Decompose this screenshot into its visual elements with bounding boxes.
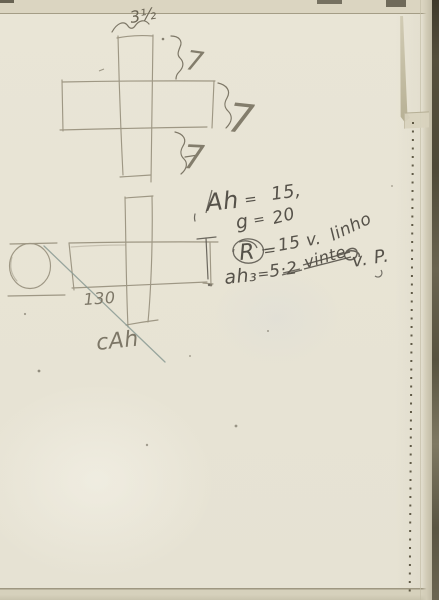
cross1-vbar-top: [117, 36, 153, 38]
cross2-vbar-top: [125, 196, 153, 198]
cross2-vbar-bottom: [126, 320, 158, 325]
pencil-sketch-layer: 3½ 7 7 7 130 cAh Ah: [0, 0, 439, 600]
cross1-vbar-left: [118, 36, 123, 175]
note4-lhs: ah₃: [223, 264, 258, 289]
depth-label-1: 7: [184, 45, 206, 78]
cross2-hbar-top-double: [71, 245, 126, 247]
cross-sketch-bottom: [8, 196, 218, 327]
p-flourish: [375, 270, 382, 277]
margin-tick-mark: [195, 214, 217, 279]
cross1-hbar-left: [62, 80, 63, 131]
cross2-hbar-top: [69, 242, 218, 243]
cross2-vbar-left: [125, 197, 128, 327]
width-label: 3½: [128, 4, 158, 27]
note3-lhs: R: [238, 239, 256, 266]
diagonal-caption: cAh: [95, 327, 140, 356]
circle-guide-top: [10, 243, 57, 244]
angle-label: 130: [83, 288, 116, 309]
sketchbook-page: 3½ 7 7 7 130 cAh Ah: [0, 0, 439, 600]
note2-lhs: g: [234, 210, 250, 234]
binding-edge-strip: [432, 0, 439, 600]
note2-eq: =: [252, 211, 267, 229]
note2-rhs: 20: [270, 204, 297, 229]
curly-brace-1: [171, 36, 183, 79]
top-edge-mark: [317, 0, 342, 4]
note1-rhs: 15,: [270, 180, 303, 205]
cross1-hbar-right: [212, 81, 214, 128]
cross1-vbar-bottom: [120, 175, 151, 177]
circle-guide-bottom: [8, 295, 65, 296]
cross1-hbar-bottom: [60, 127, 207, 130]
note4-tail: v. P.: [350, 245, 390, 272]
margin-dot: [208, 284, 210, 286]
cross2-hbar-bottom: [72, 282, 207, 288]
top-edge-mark: [386, 0, 406, 7]
cross2-hbar-right-tick: [210, 243, 211, 286]
cross2-vbar-right: [148, 196, 152, 322]
depth-label-3: 7: [183, 137, 207, 177]
cross2-hbar-left: [69, 243, 74, 290]
note3-word-linho: linho: [327, 209, 375, 246]
top-edge-mark: [0, 0, 14, 3]
cross1-vbar-right: [151, 35, 153, 182]
handwritten-notes: Ah = 15, g = 20 R = 15 v. linho ah₃ =: [195, 180, 391, 289]
note1-eq: =: [243, 189, 258, 209]
cross1-hbar-top: [62, 81, 215, 82]
circle-figure: [10, 244, 51, 289]
depth-label-2: 7: [226, 95, 257, 143]
